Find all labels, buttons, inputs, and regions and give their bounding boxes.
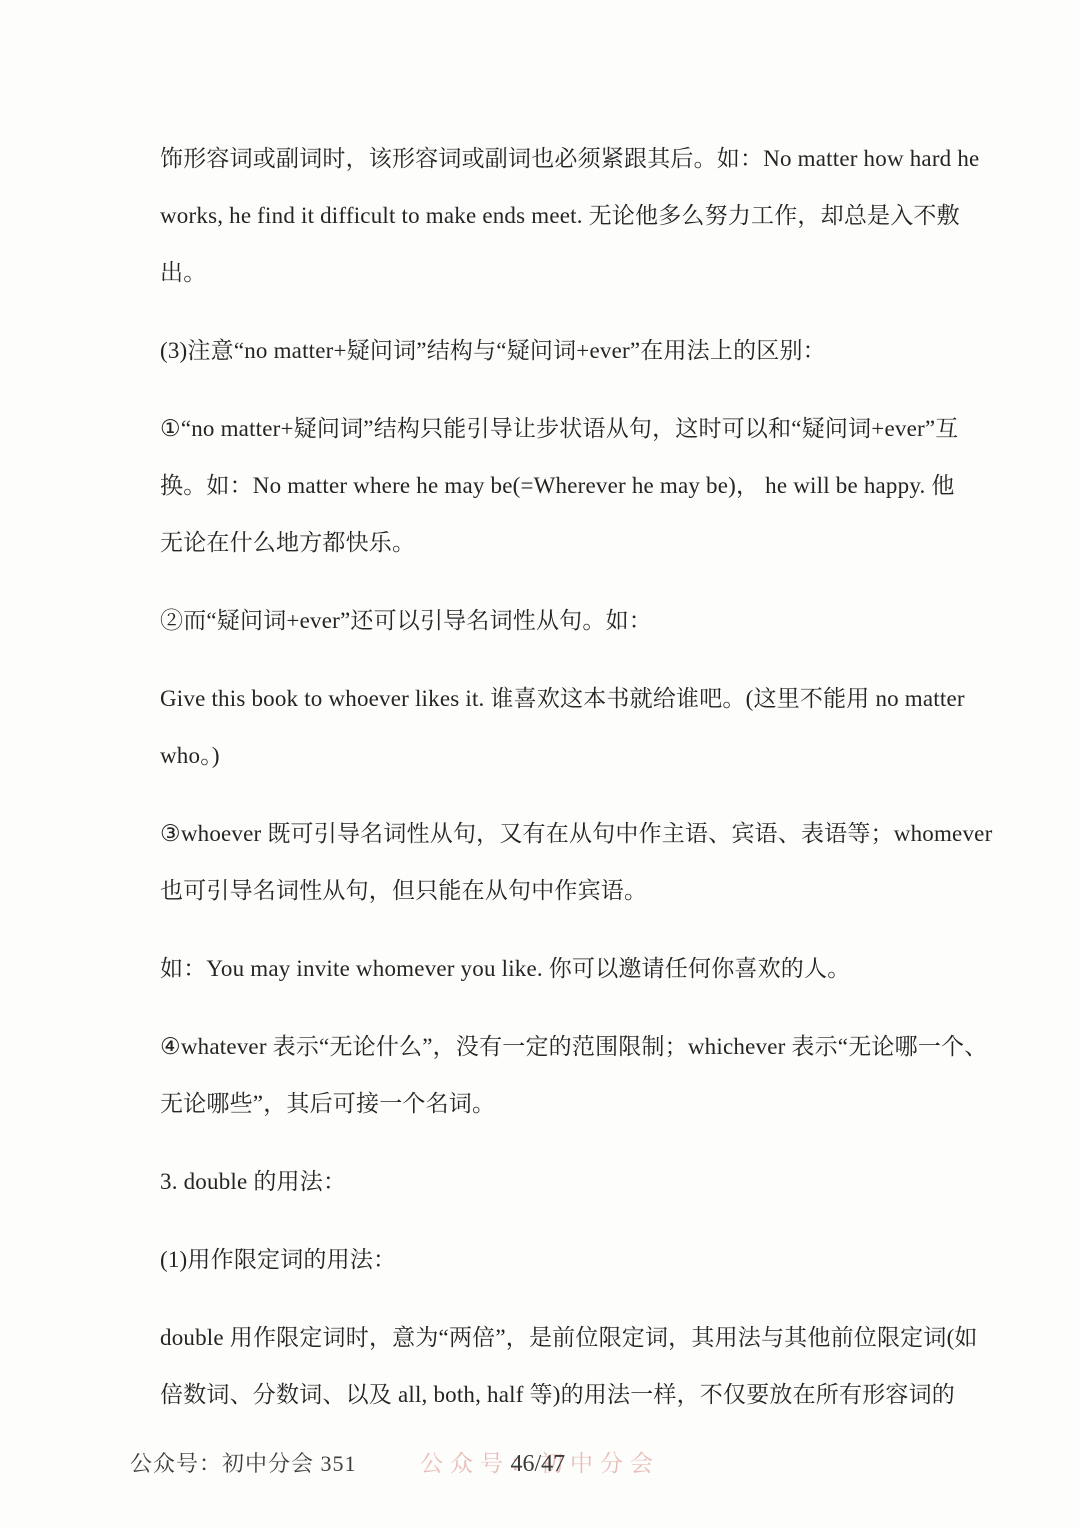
paragraph: 如：You may invite whomever you like. 你可以邀… xyxy=(160,940,950,997)
text-line: 如：You may invite whomever you like. 你可以邀… xyxy=(160,940,950,997)
document-body: 饰形容词或副词时，该形容词或副词也必须紧跟其后。如：No matter how … xyxy=(160,130,950,1444)
footer-center: 公众号：初中分会 46/47 xyxy=(0,1443,1080,1485)
text-line: (3)注意“no matter+疑问词”结构与“疑问词+ever”在用法上的区别… xyxy=(160,322,950,379)
paragraph: (3)注意“no matter+疑问词”结构与“疑问词+ever”在用法上的区别… xyxy=(160,322,950,379)
text-line: 饰形容词或副词时，该形容词或副词也必须紧跟其后。如：No matter how … xyxy=(160,130,950,187)
text-line: 3. double 的用法： xyxy=(160,1153,950,1210)
text-line: double 用作限定词时，意为“两倍”，是前位限定词，其用法与其他前位限定词(… xyxy=(160,1309,950,1366)
paragraph: double 用作限定词时，意为“两倍”，是前位限定词，其用法与其他前位限定词(… xyxy=(160,1309,950,1423)
paragraph: 饰形容词或副词时，该形容词或副词也必须紧跟其后。如：No matter how … xyxy=(160,130,950,301)
paragraph: ④whatever 表示“无论什么”，没有一定的范围限制；whichever 表… xyxy=(160,1018,950,1132)
paragraph: ①“no matter+疑问词”结构只能引导让步状语从句，这时可以和“疑问词+e… xyxy=(160,400,950,571)
text-line: ①“no matter+疑问词”结构只能引导让步状语从句，这时可以和“疑问词+e… xyxy=(160,400,950,457)
text-line: ④whatever 表示“无论什么”，没有一定的范围限制；whichever 表… xyxy=(160,1018,950,1075)
paragraph: Give this book to whoever likes it. 谁喜欢这… xyxy=(160,670,950,784)
text-line: (1)用作限定词的用法： xyxy=(160,1231,950,1288)
text-line: 倍数词、分数词、以及 all, both, half 等)的用法一样，不仅要放在… xyxy=(160,1366,950,1423)
paragraph: (1)用作限定词的用法： xyxy=(160,1231,950,1288)
text-line: 也可引导名词性从句，但只能在从句中作宾语。 xyxy=(160,862,950,919)
text-line: Give this book to whoever likes it. 谁喜欢这… xyxy=(160,670,950,727)
text-line: 出。 xyxy=(160,244,950,301)
paragraph: ②而“疑问词+ever”还可以引导名词性从句。如： xyxy=(160,592,950,649)
text-line: 换。如：No matter where he may be(=Wherever … xyxy=(160,457,950,514)
document-page: 饰形容词或副词时，该形容词或副词也必须紧跟其后。如：No matter how … xyxy=(0,0,1080,1527)
text-line: works, he find it difficult to make ends… xyxy=(160,187,950,244)
text-line: who。) xyxy=(160,727,950,784)
text-line: 无论哪些”，其后可接一个名词。 xyxy=(160,1075,950,1132)
page-number: 46/47 xyxy=(510,1443,565,1485)
page-footer: 公众号：初中分会 351 公众号：初中分会 46/47 xyxy=(0,1443,1080,1485)
text-line: 无论在什么地方都快乐。 xyxy=(160,514,950,571)
text-line: ③whoever 既可引导名词性从句，又有在从句中作主语、宾语、表语等；whom… xyxy=(160,805,950,862)
paragraph: ③whoever 既可引导名词性从句，又有在从句中作主语、宾语、表语等；whom… xyxy=(160,805,950,919)
text-line: ②而“疑问词+ever”还可以引导名词性从句。如： xyxy=(160,592,950,649)
paragraph: 3. double 的用法： xyxy=(160,1153,950,1210)
